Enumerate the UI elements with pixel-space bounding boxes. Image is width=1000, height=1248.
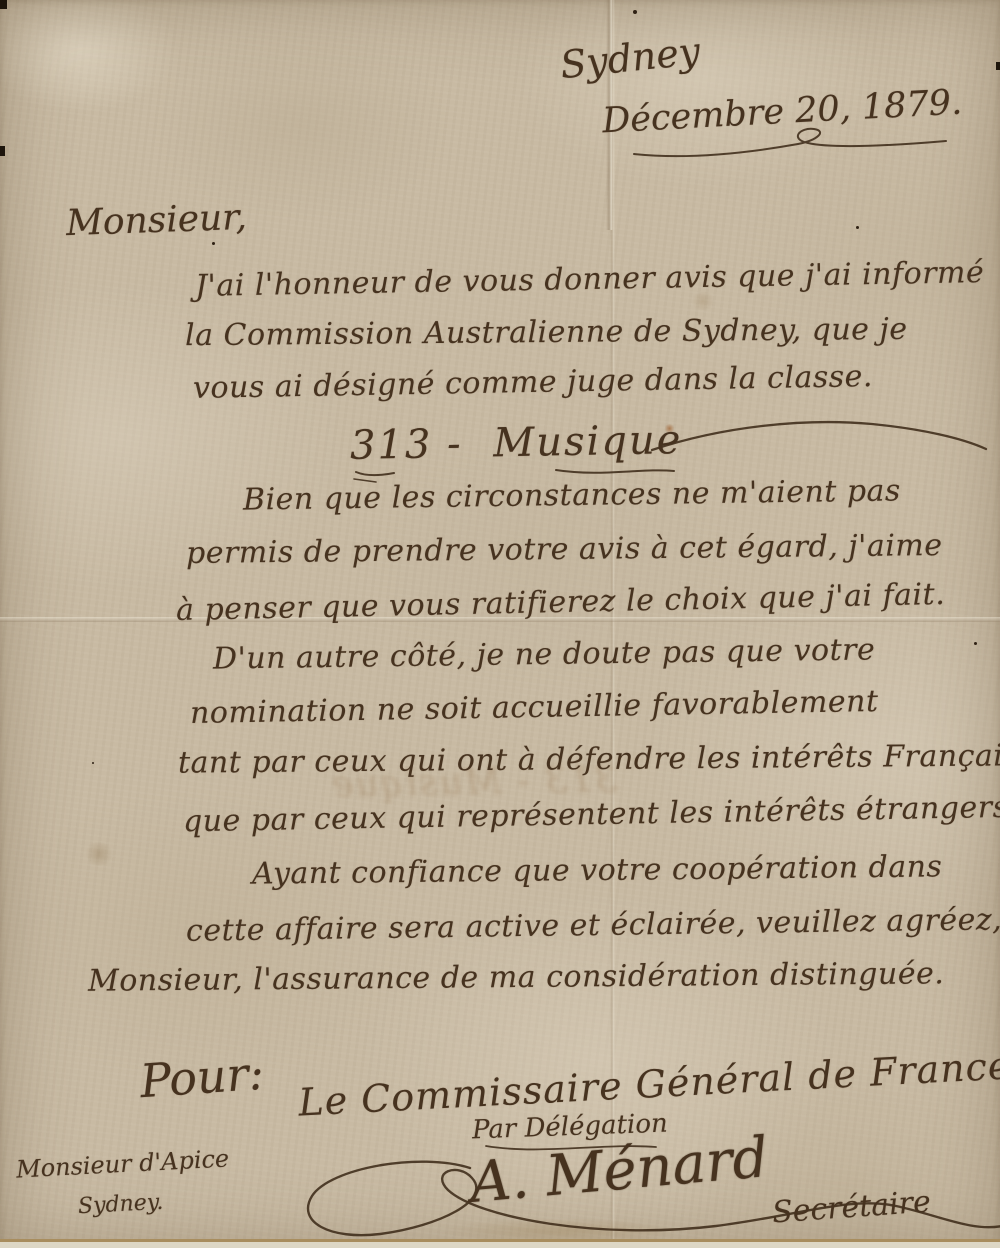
letter-line: Ayant confiance que votre coopération da… bbox=[252, 849, 943, 891]
signature-title: Secrétaire bbox=[771, 1185, 932, 1231]
ink-speck bbox=[92, 762, 94, 764]
letter-line: permis de prendre votre avis à cet égard… bbox=[186, 528, 943, 571]
subject-number-underline bbox=[356, 472, 394, 475]
ink-speck bbox=[212, 242, 215, 245]
letter-line: Bien que les circonstances ne m'aient pa… bbox=[243, 473, 901, 517]
letter-line: D'un autre côté, je ne doute pas que vot… bbox=[213, 632, 876, 676]
letter-line: nomination ne soit accueillie favorablem… bbox=[190, 684, 879, 731]
scan-edge-nick bbox=[0, 146, 5, 156]
closing-pour: Pour: bbox=[138, 1046, 265, 1109]
letter-line: la Commission Australienne de Sydney, qu… bbox=[185, 312, 908, 353]
scan-edge-nick bbox=[0, 0, 7, 9]
ink-speck bbox=[856, 226, 859, 229]
addressee-city: Sydney. bbox=[77, 1190, 163, 1219]
subject-flourish bbox=[652, 422, 986, 450]
ink-speck bbox=[974, 642, 977, 645]
subject-heading: 313 - Musique bbox=[350, 417, 683, 469]
addressee-name: Monsieur d'Apice bbox=[15, 1144, 229, 1183]
dateline-place: Sydney bbox=[558, 29, 702, 87]
subject-title: Musique bbox=[493, 417, 683, 466]
letter-scan-page: 313 - Musique Sydney Décembre 20, 1879. … bbox=[0, 0, 1000, 1248]
letter-line: cette affaire sera active et éclairée, v… bbox=[186, 902, 1000, 948]
stain-spot bbox=[84, 842, 114, 866]
dateline-date: Décembre 20, 1879. bbox=[601, 83, 963, 142]
subject-underline bbox=[556, 470, 674, 473]
letter-line: vous ai désigné comme juge dans la class… bbox=[193, 359, 873, 406]
letter-line: que par ceux qui représentent les intérê… bbox=[183, 790, 1000, 840]
letter-line: J'ai l'honneur de vous donner avis que j… bbox=[195, 255, 985, 304]
subject-number: 313 - bbox=[350, 421, 463, 469]
ink-speck bbox=[633, 10, 637, 14]
salutation: Monsieur, bbox=[65, 197, 247, 244]
scan-edge bbox=[0, 1239, 1000, 1248]
letter-line: Monsieur, l'assurance de ma considératio… bbox=[88, 956, 945, 998]
scan-edge-nick bbox=[996, 62, 1000, 70]
letter-line: tant par ceux qui ont à défendre les int… bbox=[178, 738, 1000, 780]
